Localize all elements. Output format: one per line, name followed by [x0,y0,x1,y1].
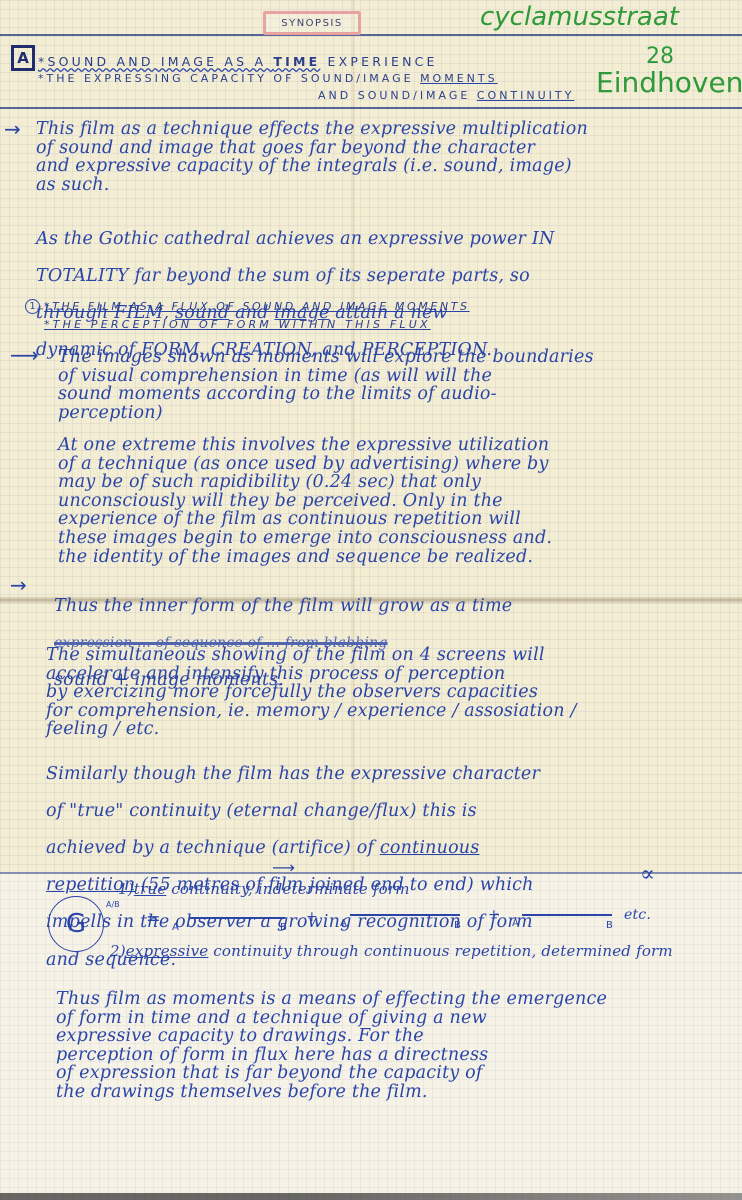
heading-line-3: AND SOUND/IMAGE CONTINUITY [318,89,574,102]
synopsis-label-box: SYNOPSIS [263,11,361,35]
diagram-item-1: 1)true continuity, indeterminate form [118,880,410,899]
heading-line-2: *THE EXPRESSING CAPACITY OF SOUND/IMAGE … [38,72,498,85]
address-city: Eindhoven [596,66,742,99]
similarly-line-3: achieved by a technique (artifice) of co… [46,839,736,858]
paragraph-simultaneous-showing: The simultaneous showing of the film on … [46,646,736,739]
synopsis-label: SYNOPSIS [281,18,342,29]
etc-label: etc. [624,906,651,925]
segment-1-line [190,917,285,919]
segment-2-end: B [454,920,461,931]
plus-sign-2: + [488,906,500,925]
top-arrow-icon: ⟶ [272,858,295,877]
heading-line-1-text: *SOUND AND IMAGE AS A [38,54,273,69]
header-rule-top [0,34,742,36]
arrow-icon: ⟶ [10,343,39,367]
infinity-symbol: ∝ [640,866,655,885]
item-2-text: continuity through continuous repetition… [208,942,673,960]
heading-line-1: *SOUND AND IMAGE AS A TIME EXPERIENCE [38,54,438,69]
address-street: cyclamusstraat [480,2,679,32]
gothic-line-1: As the Gothic cathedral achieves an expr… [36,230,736,249]
similarly-line-3-pre: achieved by a technique (artifice) of [46,838,380,858]
heading-moments-word: MOMENTS [420,72,498,85]
segment-1-end: B [280,922,287,933]
segment-2-line [350,914,460,916]
scan-edge-shadow [0,1193,742,1200]
paragraph-one-extreme: At one extreme this involves the express… [58,436,738,566]
section-number-circle: 1 [25,299,40,314]
heading-line-2-text: *THE EXPRESSING CAPACITY OF SOUND/IMAGE [38,72,420,85]
paragraph-film-as-moments: Thus film as moments is a means of effec… [56,990,736,1102]
inner-form-line-1: Thus the inner form of the film will gro… [54,597,734,616]
repeat-cycle-icon: G [48,896,104,952]
plus-sign-1: + [306,908,318,927]
cycle-glyph: G [66,909,86,939]
section-1-line-1: *THE FILM AS A FLUX OF SOUND AND IMAGE M… [44,300,470,313]
paragraph-images-as-moments: The images shown as moments will explore… [58,348,738,422]
heading-continuity-word: CONTINUITY [477,89,575,102]
word-expressive: expressive [126,942,209,960]
similarly-line-2: of "true" continuity (eternal change/flu… [46,802,736,821]
word-true: true [134,880,167,898]
word-continuous: continuous [380,838,480,858]
segment-3-start: A [512,918,519,929]
similarly-line-1: Similarly though the film has the expres… [46,765,736,784]
arrow-icon: → [10,573,27,597]
cycle-superscript: A/B [106,900,120,909]
item-1-number: 1) [118,880,134,898]
heading-line-1-tail: EXPERIENCE [320,54,437,69]
segment-2-start: A [340,918,347,929]
segment-3-line [522,914,612,916]
paragraph-film-technique: This film as a technique effects the exp… [36,120,736,194]
section-badge-a: A [11,45,35,71]
header-rule-bottom [0,107,742,109]
gothic-line-2: TOTALITY far beyond the sum of its seper… [36,267,736,286]
segment-1-start: A [172,922,179,933]
arrow-icon: → [4,117,21,141]
diagram-item-2: 2)expressive continuity through continuo… [110,942,673,961]
heading-line-3-text: AND SOUND/IMAGE [318,89,477,102]
item-1-text: continuity, indeterminate form [166,880,409,898]
item-2-number: 2) [110,942,126,960]
heading-time-word: TIME [273,54,320,69]
equals-sign: = [146,910,161,929]
section-1-line-2: *THE PERCEPTION OF FORM WITHIN THIS FLUX [44,318,431,331]
segment-3-end: B [606,920,613,931]
